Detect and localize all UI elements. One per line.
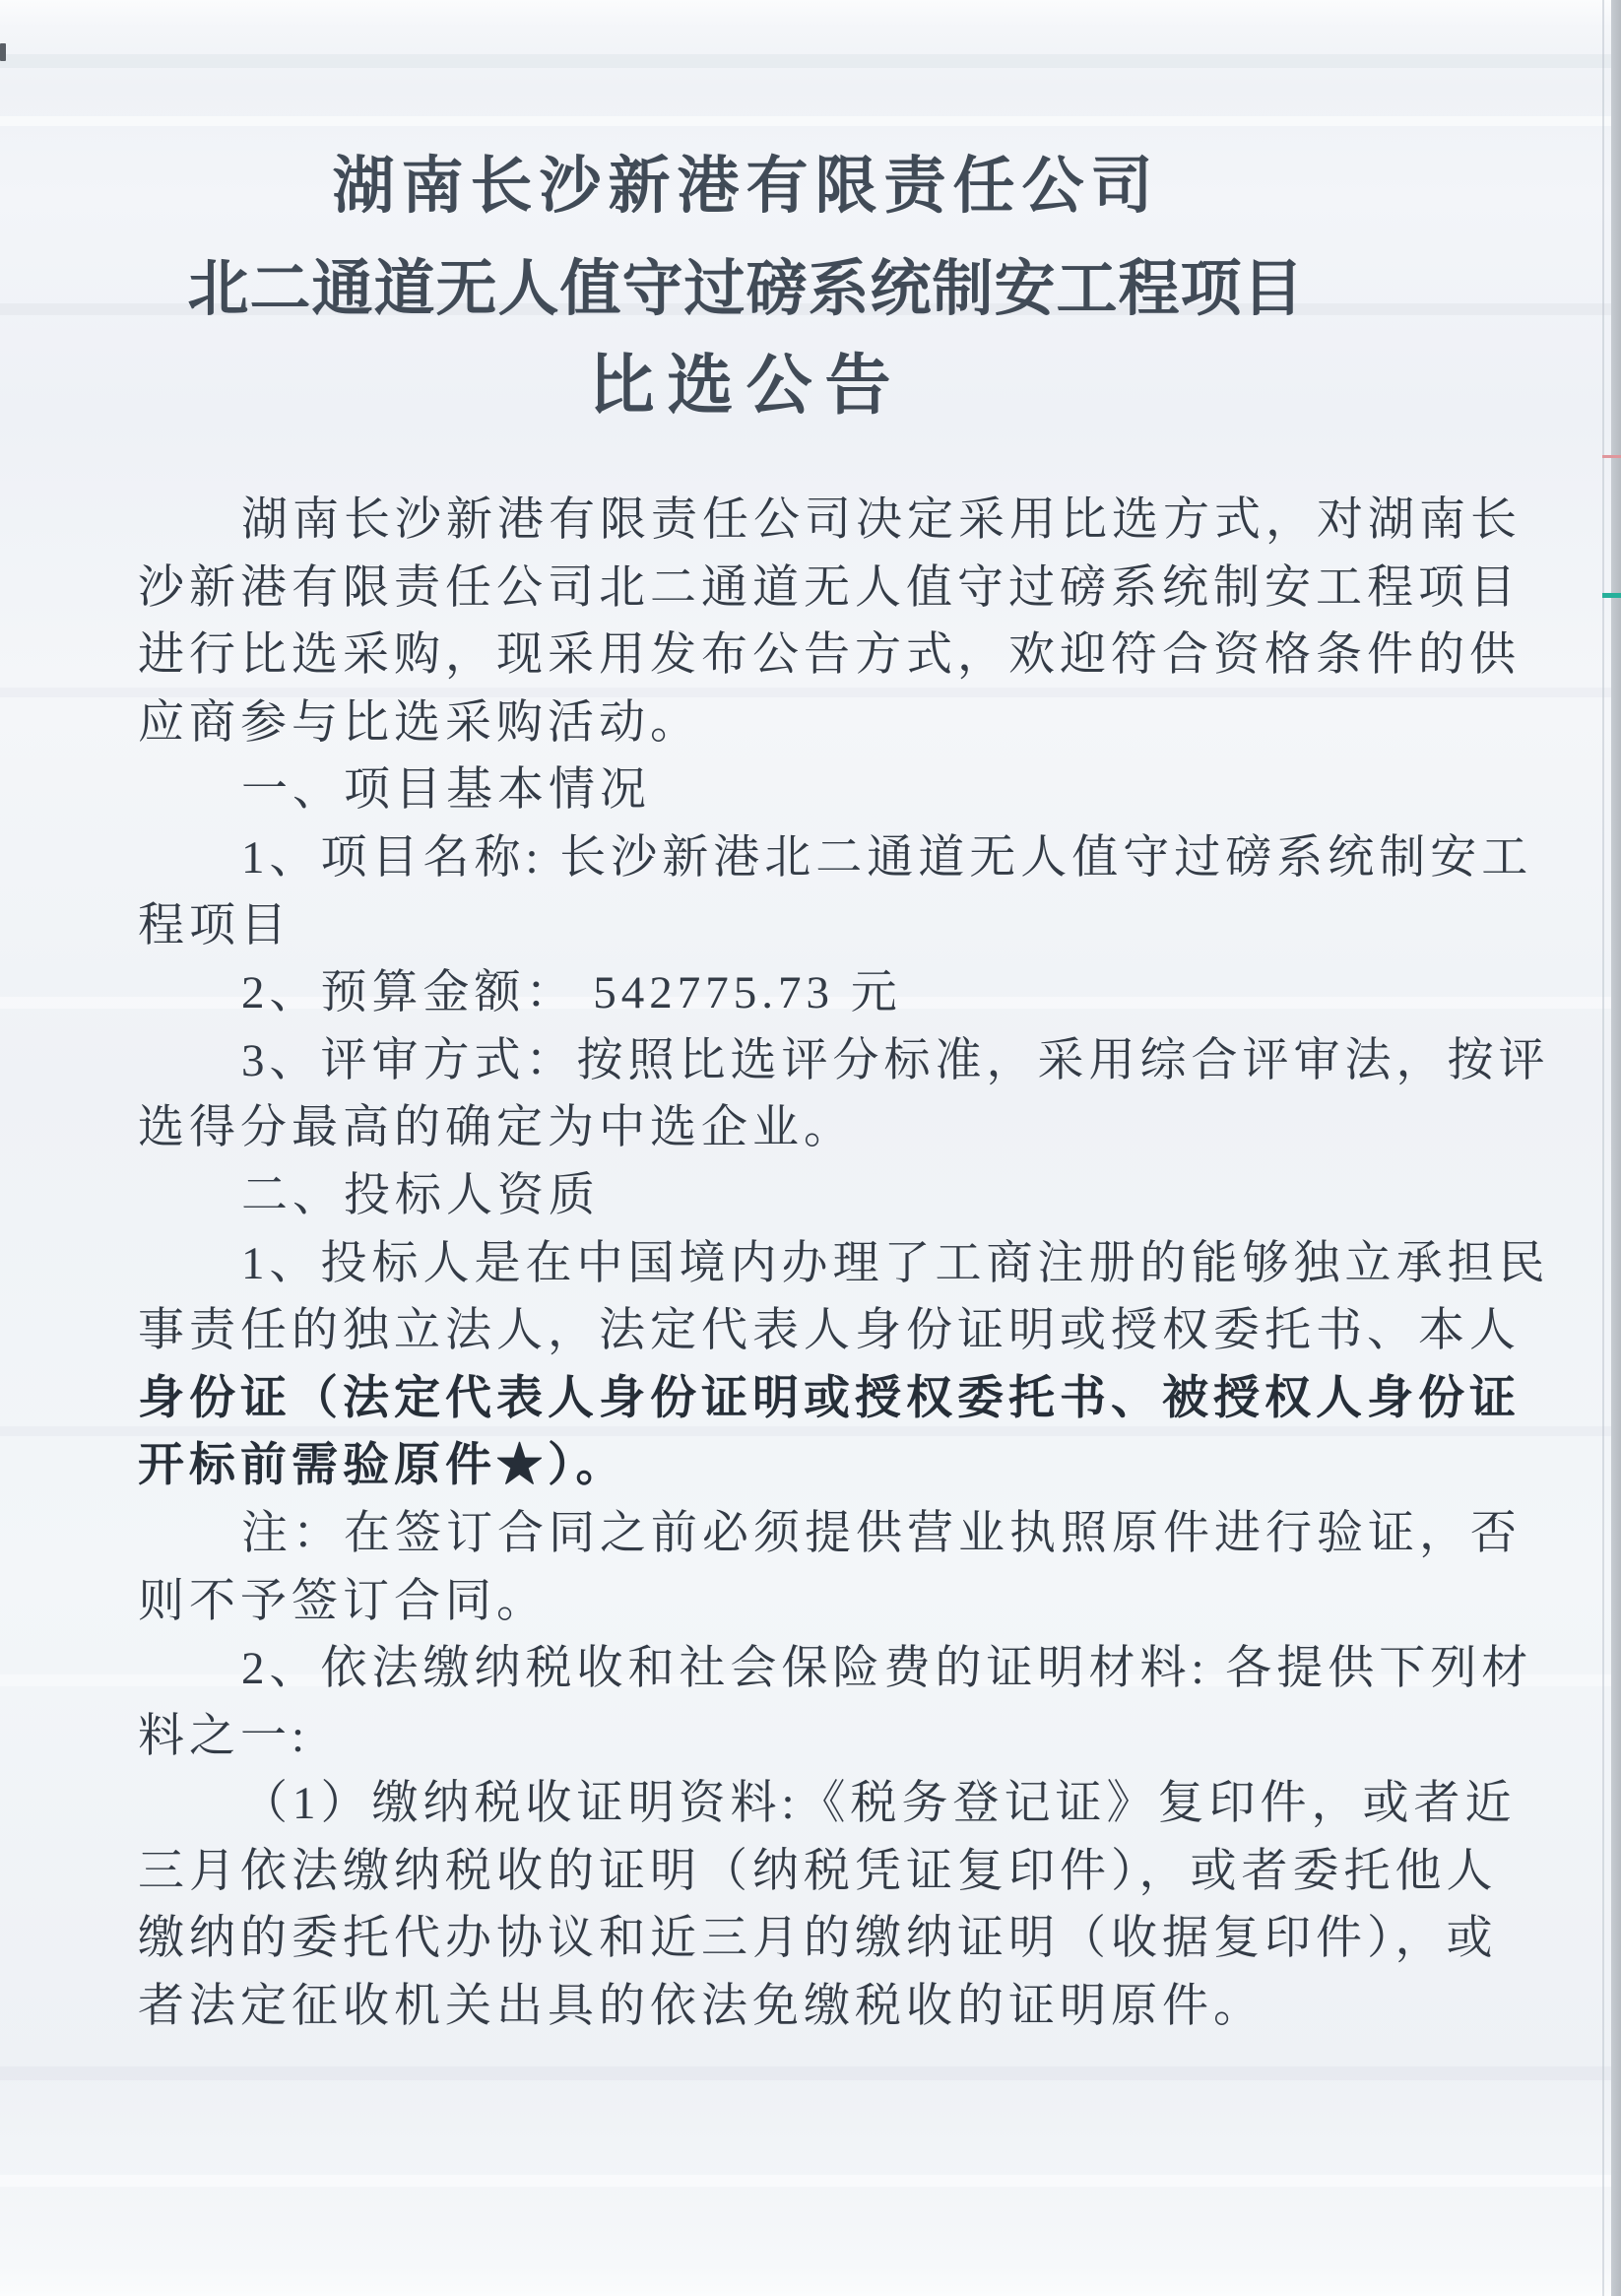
body-line: 选得分最高的确定为中选企业。 [138,1094,1556,1162]
body-line: 湖南长沙新港有限责任公司决定采用比选方式，对湖南长 [138,487,1556,555]
scan-teal-tick [1602,593,1621,598]
scan-corner-speck [0,43,6,61]
scan-band [0,2175,1621,2187]
document-body: 湖南长沙新港有限责任公司决定采用比选方式，对湖南长 沙新港有限责任公司北二通道无… [138,487,1556,2041]
body-line: 料之一: [138,1703,1556,1771]
scan-band [0,2066,1621,2080]
body-line-budget: 2、预算金额： 542775.73 元 [138,959,1556,1027]
body-line: 缴纳的委托代办协议和近三月的缴纳证明（收据复印件），或 [138,1905,1556,1973]
title-line-project: 北二通道无人值守过磅系统制安工程项目 [0,239,1492,327]
body-line: 1、项目名称: 长沙新港北二通道无人值守过磅系统制安工 [138,824,1556,892]
body-line-note: 注：在签订合同之前必须提供营业执照原件进行验证，否 [138,1500,1556,1568]
scan-band [0,116,1621,126]
body-line: 则不予签订合同。 [138,1568,1556,1636]
body-line: 事责任的独立法人，法定代表人身份证明或授权委托书、本人 [138,1297,1556,1365]
scan-red-tick [1602,455,1621,458]
body-line: 沙新港有限责任公司北二通道无人值守过磅系统制安工程项目 [138,555,1556,623]
body-line: 应商参与比选采购活动。 [138,689,1556,757]
body-line: （1）缴纳税收证明资料:《税务登记证》复印件，或者近 [138,1770,1556,1838]
body-line: 1、投标人是在中国境内办理了工商注册的能够独立承担民 [138,1230,1556,1298]
body-line: 2、依法缴纳税收和社会保险费的证明材料: 各提供下列材 [138,1635,1556,1703]
scan-edge-line [1602,0,1604,2296]
body-line-emphasis: 开标前需验原件★）。 [138,1432,1556,1500]
body-line-emphasis: 身份证（法定代表人身份证明或授权委托书、被授权人身份证 [138,1365,1556,1433]
title-line-announcement: 比选公告 [0,333,1492,427]
body-line: 三月依法缴纳税收的证明（纳税凭证复印件），或者委托他人 [138,1838,1556,1906]
scanned-document-page: 湖南长沙新港有限责任公司 北二通道无人值守过磅系统制安工程项目 比选公告 湖南长… [0,0,1621,2296]
body-line: 程项目 [138,892,1556,960]
title-line-company: 湖南长沙新港有限责任公司 [0,136,1492,226]
section-heading-bidder-qualification: 二、投标人资质 [138,1162,1556,1230]
body-line: 3、评审方式：按照比选评分标准，采用综合评审法，按评 [138,1027,1556,1095]
scan-edge-strip [1611,0,1621,2296]
section-heading-project-overview: 一、项目基本情况 [138,756,1556,824]
body-line: 进行比选采购，现采用发布公告方式，欢迎符合资格条件的供 [138,622,1556,689]
body-line: 者法定征收机关出具的依法免缴税收的证明原件。 [138,1973,1556,2041]
scan-band [0,54,1621,68]
